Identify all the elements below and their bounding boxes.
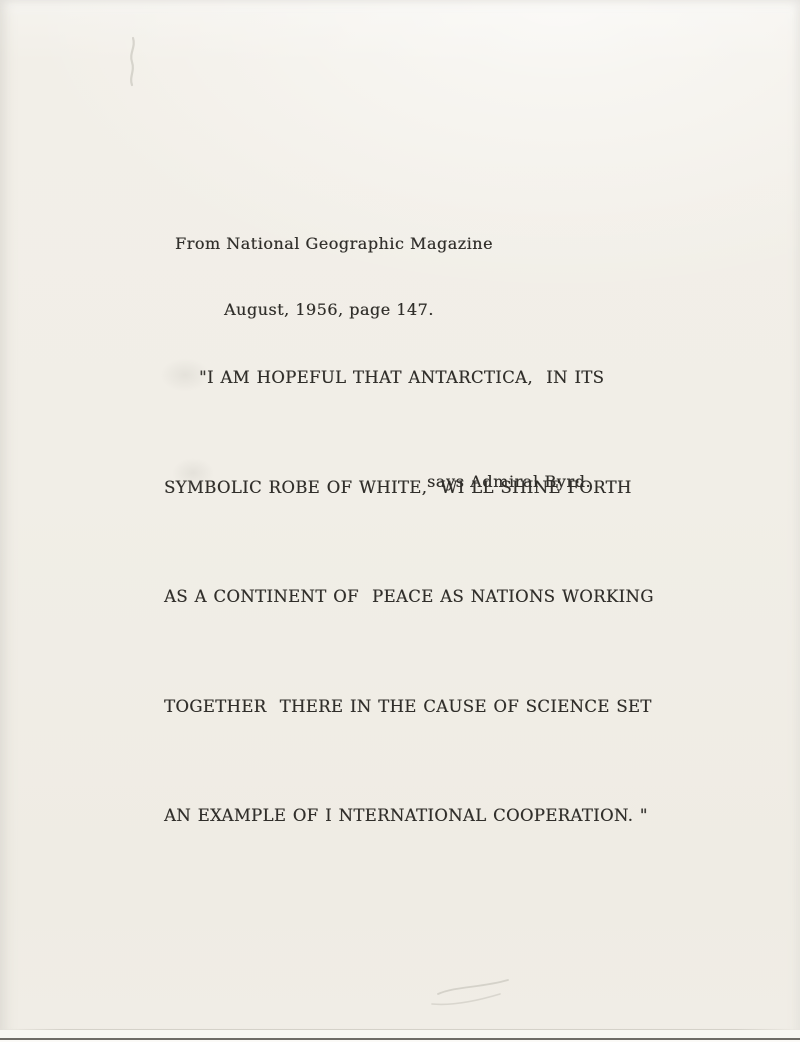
pencil-mark-top bbox=[131, 38, 134, 85]
pencil-mark-bottom-upper bbox=[438, 980, 508, 994]
quote-block: "I AM HOPEFUL THAT ANTARCTICA, IN ITS SY… bbox=[164, 287, 654, 908]
quote-line-5: AN EXAMPLE OF I NTERNATIONAL COOPERATION… bbox=[164, 798, 654, 835]
quote-line-4: TOGETHER THERE IN THE CAUSE OF SCIENCE S… bbox=[164, 689, 654, 726]
quote-attribution: says Admiral Byrd. bbox=[427, 471, 591, 493]
quote-line-3: AS A CONTINENT OF PEACE AS NATIONS WORKI… bbox=[164, 579, 654, 616]
pencil-mark-bottom-lower bbox=[432, 994, 500, 1004]
scanned-paper-page: From National Geographic Magazine August… bbox=[0, 0, 800, 1042]
quote-line-1: "I AM HOPEFUL THAT ANTARCTICA, IN ITS bbox=[164, 360, 654, 397]
source-citation-line-1: From National Geographic Magazine bbox=[175, 233, 493, 255]
